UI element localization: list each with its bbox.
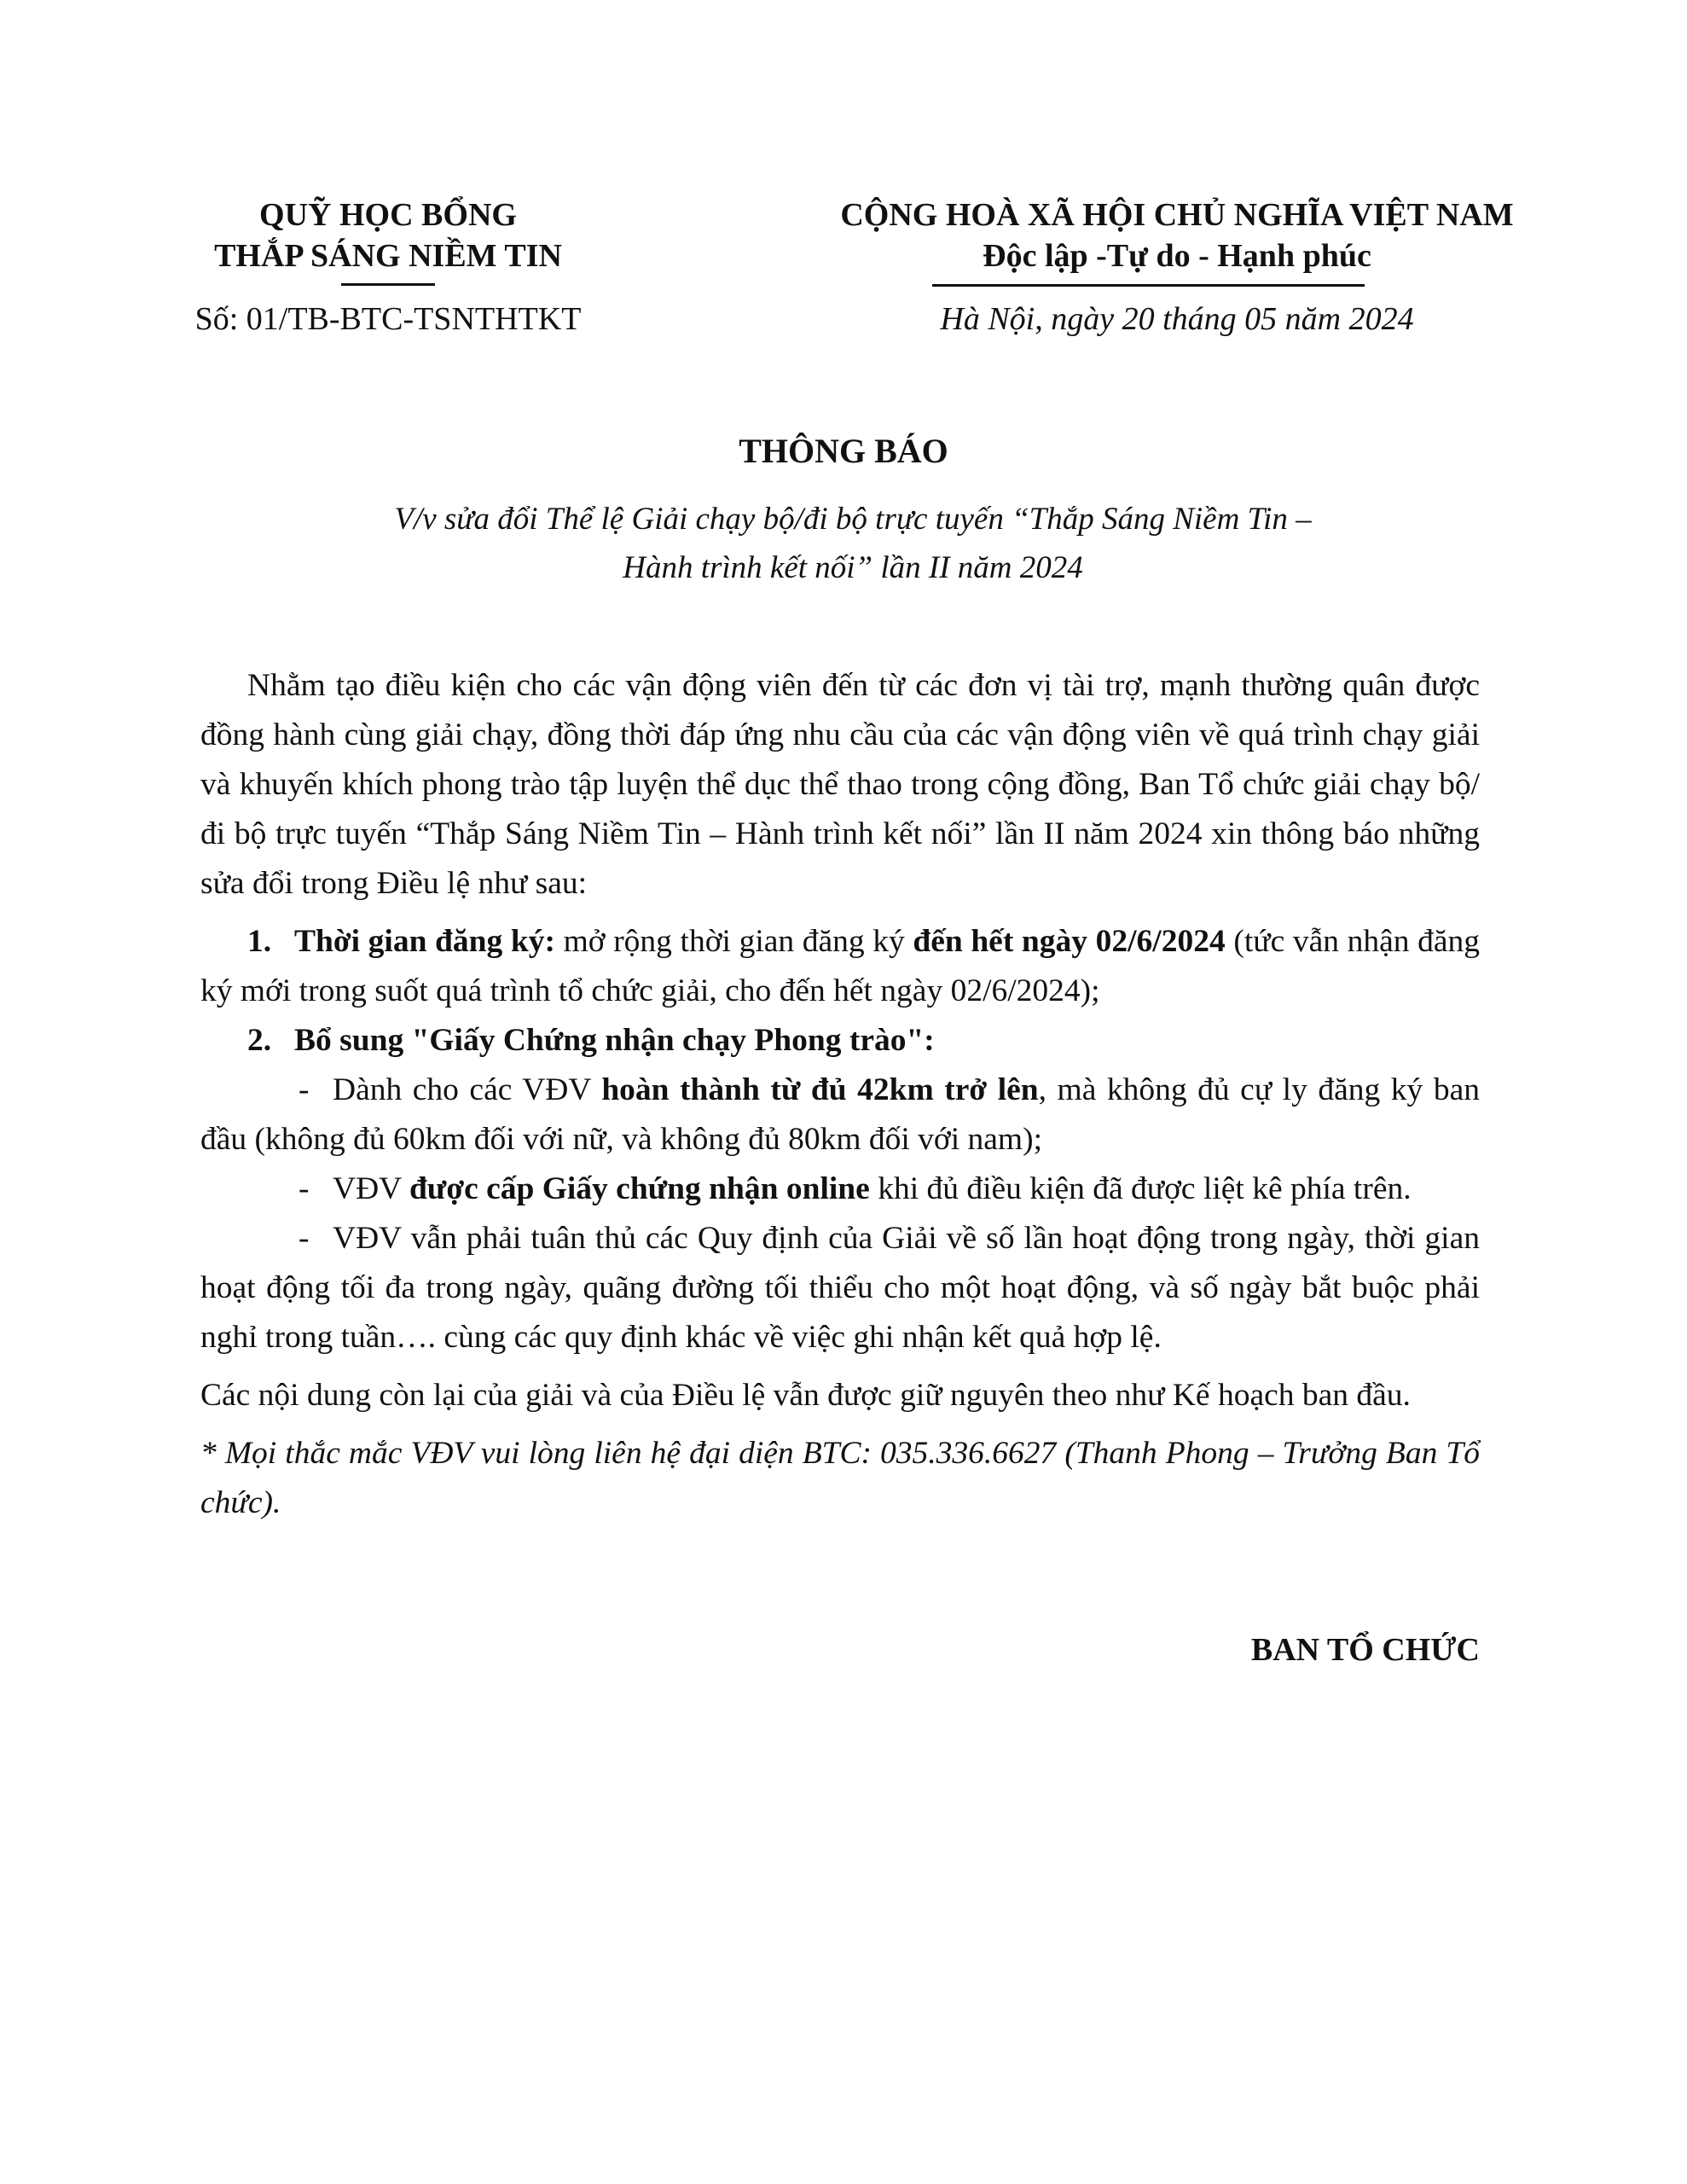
org-name-line2: THẮP SÁNG NIỀM TIN xyxy=(196,235,580,276)
org-name-line1: QUỸ HỌC BỔNG xyxy=(196,195,580,235)
national-motto: CỘNG HOÀ XÃ HỘI CHỦ NGHĨA VIỆT NAM Độc l… xyxy=(793,195,1561,276)
sub-item-text: VĐV vẫn phải tuân thủ các Quy định của G… xyxy=(200,1221,1480,1355)
intro-paragraph: Nhằm tạo điều kiện cho các vận động viên… xyxy=(200,661,1480,909)
closing-paragraph: Các nội dung còn lại của giải và của Điề… xyxy=(200,1371,1480,1420)
org-underline xyxy=(341,283,435,286)
item-number: 2. xyxy=(247,1016,294,1066)
sub-item-eligibility: -Dành cho các VĐV hoàn thành từ đủ 42km … xyxy=(200,1066,1480,1165)
signature-block: BAN TỔ CHỨC xyxy=(1109,1631,1480,1669)
sub-item-emphasis: được cấp Giấy chứng nhận online xyxy=(409,1171,870,1206)
list-item-registration-time: 1.Thời gian đăng ký: mở rộng thời gian đ… xyxy=(200,917,1480,1016)
item-number: 1. xyxy=(247,917,294,967)
sub-item-online-certificate: -VĐV được cấp Giấy chứng nhận online khi… xyxy=(200,1165,1480,1214)
document-subject: V/v sửa đổi Thể lệ Giải chạy bộ/đi bộ tr… xyxy=(256,495,1450,592)
motto-underline xyxy=(932,284,1365,287)
motto: Độc lập -Tự do - Hạnh phúc xyxy=(793,235,1561,276)
sub-item-emphasis: hoàn thành từ đủ 42km trở lên xyxy=(601,1072,1038,1107)
sub-item-text: VĐV xyxy=(333,1171,409,1206)
document-title: THÔNG BÁO xyxy=(0,431,1687,471)
contact-note: * Mọi thắc mắc VĐV vui lòng liên hệ đại … xyxy=(200,1429,1480,1528)
item-label: Bổ sung "Giấy Chứng nhận chạy Phong trào… xyxy=(294,1023,935,1058)
issuing-organization: QUỸ HỌC BỔNG THẮP SÁNG NIỀM TIN xyxy=(196,195,580,276)
document-number: Số: 01/TB-BTC-TSNTHTKT xyxy=(162,300,614,338)
document-body: Nhằm tạo điều kiện cho các vận động viên… xyxy=(200,661,1480,1528)
nation-name: CỘNG HOÀ XÃ HỘI CHỦ NGHĨA VIỆT NAM xyxy=(793,195,1561,235)
item-text: mở rộng thời gian đăng ký xyxy=(555,924,913,959)
sub-item-text: khi đủ điều kiện đã được liệt kê phía tr… xyxy=(870,1171,1412,1206)
place-date: Hà Nội, ngày 20 tháng 05 năm 2024 xyxy=(793,300,1561,338)
dash-bullet: - xyxy=(299,1066,333,1115)
subject-line2: Hành trình kết nối” lần II năm 2024 xyxy=(256,543,1450,592)
list-item-certificate: 2.Bổ sung "Giấy Chứng nhận chạy Phong tr… xyxy=(200,1016,1480,1066)
sub-item-text: Dành cho các VĐV xyxy=(333,1072,601,1107)
sub-item-rules-compliance: -VĐV vẫn phải tuân thủ các Quy định của … xyxy=(200,1214,1480,1362)
item-emphasis: đến hết ngày 02/6/2024 xyxy=(913,924,1225,959)
subject-line1: V/v sửa đổi Thể lệ Giải chạy bộ/đi bộ tr… xyxy=(256,495,1450,543)
dash-bullet: - xyxy=(299,1214,333,1263)
item-label: Thời gian đăng ký: xyxy=(294,924,555,959)
dash-bullet: - xyxy=(299,1165,333,1214)
